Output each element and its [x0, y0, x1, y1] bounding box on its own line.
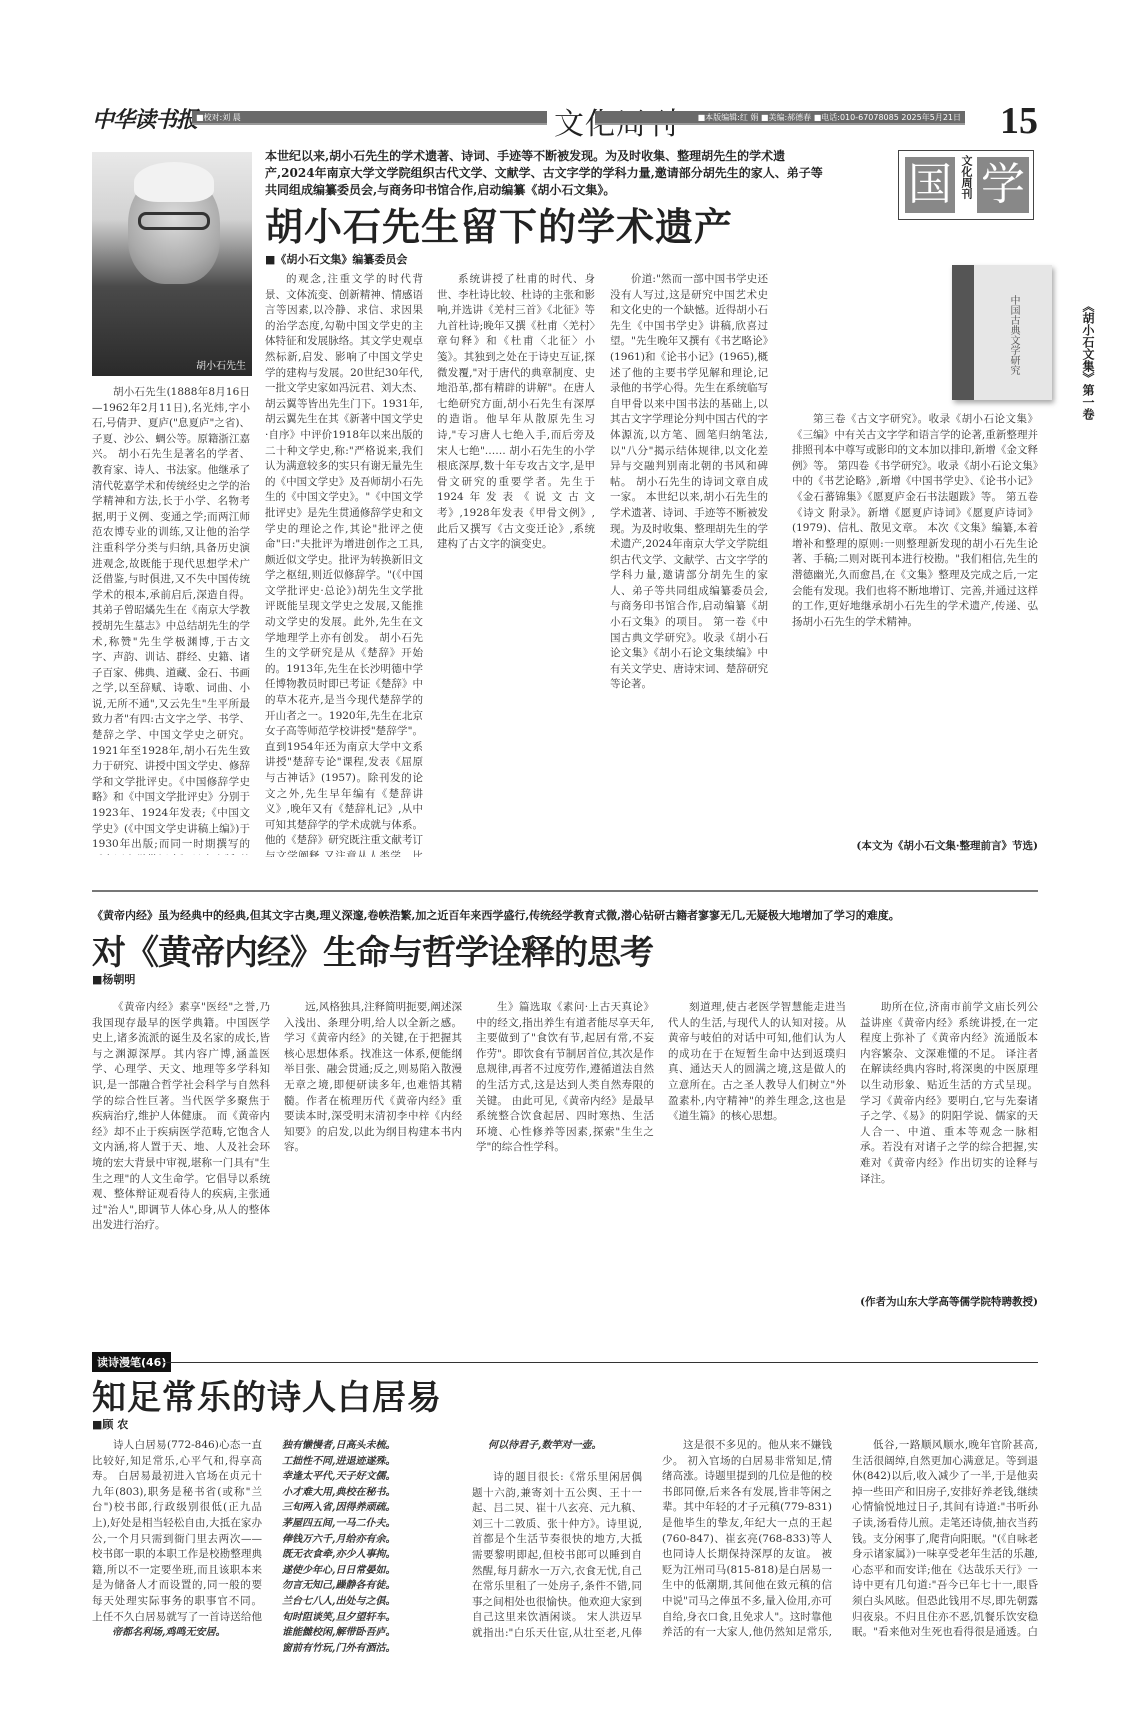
- poem-line: 小才难大用,典校在秘书。: [282, 1485, 395, 1501]
- article3-column-3: 诗的题目很长:《常乐里闲居偶题十六韵,兼寄刘十五公舆、王十一起、吕二炅、崔十八玄…: [472, 1470, 642, 1640]
- article2-author-note: (作者为山东大学高等儒学院特聘教授): [860, 1294, 1038, 1309]
- poem-line: 工拙性不同,进退迹遂殊。: [282, 1454, 395, 1470]
- article1-column-4: 价道:"然而一部中国书学史还没有人写过,这是研究中国艺术史和文化史的一个缺憾。近…: [610, 272, 768, 857]
- series-rule: [162, 1362, 1038, 1363]
- masthead: 中华读书报 ■校对:刘 晨 文化周刊 ■本版编辑:红 娟 ■美编:郝德春 ■电话…: [92, 101, 1038, 133]
- article2-column-5: 助所在位,济南市前学文庙长列公益讲座《黄帝内经》系统讲授,在一定程度上弥补了《黄…: [860, 1000, 1038, 1275]
- article1-column-2: 的观念,注重文学的时代背景、文体流变、创新精神、情感语言等因素,以冷静、求信、求…: [265, 272, 423, 857]
- poem-line: 勿言无知己,躁静各有徒。: [282, 1578, 395, 1594]
- poem-first-line: 帝都名利场,鸡鸣无安居。: [112, 1625, 225, 1641]
- article2-column-1: 《黄帝内经》素享"医经"之誉,乃我国现存最早的医学典籍。中国医学史上,诸多流派的…: [92, 1000, 270, 1320]
- portrait-photo: 胡小石先生: [92, 152, 252, 376]
- article2-column-3: 生》篇选取《素问·上古天真论》中的经文,指出养生有道者能尽享天年,主要做到了"食…: [476, 1000, 654, 1320]
- divider-1: [92, 890, 1038, 892]
- poem-line: 俸钱万六千,月给亦有余。: [282, 1532, 395, 1548]
- article1-byline: ■《胡小石文集》编纂委员会: [265, 251, 407, 267]
- article1-column-5: 第三卷《古文字研究》。收录《胡小石论文集》《三编》中有关古文字学和语言学的论著,…: [792, 412, 1038, 832]
- poem-line: 三旬两入省,因得养顽疏。: [282, 1500, 395, 1516]
- series-tag: 读诗漫笔(46): [92, 1352, 171, 1372]
- book-cover-image: 中国古典文学研究: [952, 265, 1052, 400]
- paper-logo: 中华读书报: [92, 103, 197, 134]
- poem-line: 谁能雠校闲,解带卧吾庐。: [282, 1625, 395, 1641]
- poem-last-line: 何以待君子,数竿对一壶。: [488, 1438, 601, 1454]
- editor-info-bar: ■本版编辑:红 娟 ■美编:郝德春 ■电话:010-67078085 2025年…: [595, 111, 965, 125]
- article3-column-5: 低谷,一路顺风顺水,晚年官阶甚高,生活很阔绰,自然更加心满意足。等到退休(842…: [852, 1438, 1038, 1638]
- proofreader-bar: ■校对:刘 晨: [192, 111, 547, 125]
- article1-column-3: 系统讲授了杜甫的时代、身世、李杜诗比较、杜诗的主张和影响,并选讲《羌村三首》《北…: [437, 272, 595, 857]
- guoxue-logo: 国 文化周刊 学: [898, 150, 1034, 220]
- article3-title: 知足常乐的诗人白居易: [92, 1370, 442, 1419]
- guoxue-vertical-text: 文化周刊: [959, 155, 973, 199]
- article3-column-4: 这是很不多见的。他从来不嫌钱少。 初入官场的白居易非常知足,情绪高涨。诗题里提到…: [662, 1438, 832, 1638]
- book-cover-title: 中国古典文学研究: [1006, 295, 1021, 375]
- poem-line: 旬时阻谈笑,旦夕望轩车。: [282, 1610, 395, 1626]
- poem-block: 独有懒慢者,日高头未梳。 工拙性不同,进退迹遂殊。 幸逢太平代,天子好文儒。 小…: [282, 1438, 395, 1656]
- article1-column-1: 胡小石先生(1888年8月16日—1962年2月11日),名光炜,字小石,号倩尹…: [92, 385, 250, 855]
- photo-caption: 胡小石先生: [196, 357, 246, 372]
- poem-line: 幸逢太平代,天子好文儒。: [282, 1469, 395, 1485]
- article2-lead: 《黄帝内经》虽为经典中的经典,但其文字古奥,理义深邃,卷帙浩繁,加之近百年来西学…: [92, 907, 1038, 923]
- poem-line: 兰台七八人,出处与之俱。: [282, 1594, 395, 1610]
- newspaper-page: 中华读书报 ■校对:刘 晨 文化周刊 ■本版编辑:红 娟 ■美编:郝德春 ■电话…: [92, 0, 1038, 1725]
- guoxue-left-char: 国: [905, 157, 955, 213]
- portrait-hair: [134, 162, 214, 202]
- page-number: 15: [1000, 99, 1038, 143]
- article1-title: 胡小石先生留下的学术遗产: [265, 196, 733, 251]
- article1-source-note: (本文为《胡小石文集·整理前言》节选): [792, 838, 1038, 853]
- portrait-glasses: [138, 212, 210, 230]
- article2-byline: ■杨朝明: [92, 971, 135, 987]
- article2-column-2: 远,风格独具,注释简明扼要,阐述深入浅出、条理分明,给人以全新之感。 学习《黄帝…: [284, 1000, 462, 1320]
- poem-line: 茅屋四五间,一马二仆夫。: [282, 1516, 395, 1532]
- book-spine: [952, 265, 974, 400]
- poem-line: 既无衣食牵,亦少人事拘。: [282, 1547, 395, 1563]
- guoxue-right-char: 学: [977, 157, 1029, 213]
- poem-line: 窗前有竹玩,门外有酒沽。: [282, 1641, 395, 1657]
- article3-column-1: 诗人白居易(772-846)心态一直比较好,知足常乐,心平气和,得享高寿。 白居…: [92, 1438, 262, 1623]
- poem-line: 独有懒慢者,日高头未梳。: [282, 1438, 395, 1454]
- article2-title: 对《黄帝内经》生命与哲学诠释的思考: [92, 925, 653, 974]
- article2-column-4: 刻道理,使古老医学智慧能走进当代人的生活,与现代人的认知对接。从黄帝与岐伯的对话…: [668, 1000, 846, 1320]
- article3-byline: ■顾 农: [92, 1416, 128, 1432]
- book-label: 《胡小石文集》第一卷: [1080, 300, 1097, 420]
- article1-lead: 本世纪以来,胡小石先生的学术遗著、诗词、手迹等不断被发现。为及时收集、整理胡先生…: [265, 148, 825, 199]
- poem-line: 遂使少年心,日日常晏如。: [282, 1563, 395, 1579]
